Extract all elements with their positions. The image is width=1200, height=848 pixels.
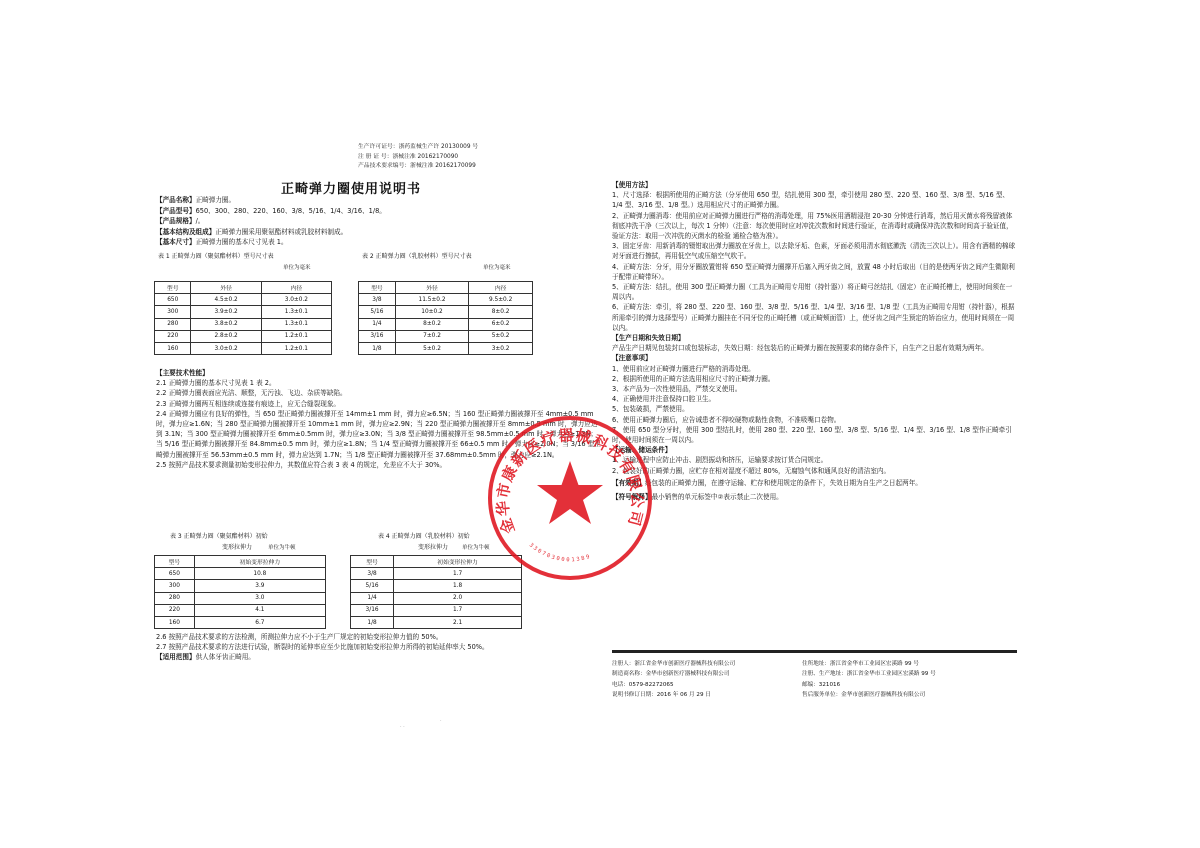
table-cell: 4.5±0.2 <box>191 294 261 306</box>
table4-caption: 表 4 正畸弹力圈（乳胶材料）初始 <box>378 531 470 540</box>
table-row: 65010.8 <box>155 568 326 580</box>
table-cell: 220 <box>155 330 191 342</box>
column-header: 型号 <box>351 556 394 568</box>
table-cell: 6.7 <box>194 616 325 628</box>
transport-heading: 【运输、储运条件】 <box>612 445 1017 455</box>
star-icon <box>537 461 603 524</box>
table-cell: 3.0±0.2 <box>261 294 331 306</box>
scope-row: 【适用范围】供人体牙齿正畸用。 <box>156 652 601 662</box>
table-cell: 220 <box>155 604 195 616</box>
meta-row: 【基本结构及组成】正畸弹力圈采用聚氨酯材料或乳胶材料制成。 <box>156 227 601 238</box>
table4-caption-2: 变形拉伸力 <box>418 542 448 551</box>
table-cell: 9.5±0.2 <box>469 294 533 306</box>
caution-item: 3、本产品为一次性使用品，严禁交叉使用。 <box>612 384 1017 394</box>
table-row: 5/1610±0.28±0.2 <box>359 306 533 318</box>
table-row: 3/811.5±0.29.5±0.2 <box>359 294 533 306</box>
usage-item: 4、正畸方法：分牙，用分牙圈放置钳将 650 型正畸弹力圈撑开后塞入两牙齿之间，… <box>612 262 1017 282</box>
table-row: 2202.8±0.21.2±0.1 <box>155 330 332 342</box>
table-cell: 10.8 <box>194 568 325 580</box>
transport-item: 2、包装好的正畸弹力圈，应贮存在相对湿度不超过 80%，无腐蚀气体和通风良好的清… <box>612 466 1017 476</box>
table-row: 1/85±0.23±0.2 <box>359 342 533 354</box>
caution-item: 4、正确使用并注意保持口腔卫生。 <box>612 394 1017 404</box>
table3-unit: 单位为牛顿 <box>268 543 296 551</box>
meta-row: 【产品名称】正畸弹力圈。 <box>156 195 601 206</box>
table2: 型号外径内径3/811.5±0.29.5±0.25/1610±0.28±0.21… <box>358 281 533 355</box>
column-header: 外径 <box>395 282 468 294</box>
table-row: 3003.9±0.21.3±0.1 <box>155 306 332 318</box>
table-header-row: 型号外径内径 <box>359 282 533 294</box>
column-header: 型号 <box>155 282 191 294</box>
table1-caption: 表 1 正畸弹力圈（聚氨酯材料）型号尺寸表 <box>158 251 274 260</box>
table3: 型号初始变形拉伸力65010.83003.92803.02204.11606.7 <box>154 555 326 629</box>
table-cell: 10±0.2 <box>395 306 468 318</box>
table-cell: 5/16 <box>351 580 394 592</box>
footer-rule <box>612 650 1017 653</box>
table-cell: 280 <box>155 592 195 604</box>
tech-more: 2.6 按照产品技术要求的方法检测，所测拉伸力应不小于生产厂规定的初始变形拉伸力… <box>156 632 601 663</box>
table-cell: 1/4 <box>359 318 396 330</box>
table-cell: 650 <box>155 568 195 580</box>
production-text: 产品生产日期见包装封口或包装标志，失效日期：经包装后的正畸弹力圈在按照要求的储存… <box>612 343 1017 353</box>
column-header: 初始变形拉伸力 <box>194 556 325 568</box>
column-header: 内径 <box>261 282 331 294</box>
usage-heading: 【使用方法】 <box>612 180 1017 190</box>
meta-row: 【基本尺寸】正畸弹力圈的基本尺寸见表 1。 <box>156 237 601 248</box>
table-cell: 2.1 <box>394 616 522 628</box>
table-cell: 1.2±0.1 <box>261 330 331 342</box>
table-cell: 3/8 <box>351 568 394 580</box>
usage-item: 1、尺寸选择：根据所使用的正畸方法（分牙使用 650 型，结扎使用 300 型，… <box>612 190 1017 210</box>
table-cell: 3/16 <box>351 604 394 616</box>
shelf-life: 【有效期】经包装的正畸弹力圈，在遵守运输、贮存和使用规定的条件下，失效日期为自生… <box>612 478 1017 488</box>
table-header-row: 型号外径内径 <box>155 282 332 294</box>
table-cell: 5±0.2 <box>469 330 533 342</box>
table-cell: 7±0.2 <box>395 330 468 342</box>
meta-row: 【产品规格】/。 <box>156 216 601 227</box>
permit-line: 注 册 证 号：浙械注准 20162170090 <box>358 153 478 163</box>
table-cell: 300 <box>155 306 191 318</box>
table-row: 1/42.0 <box>351 592 522 604</box>
table-row: 1/82.1 <box>351 616 522 628</box>
scan-artifact: · <box>440 718 442 724</box>
table-cell: 3.9±0.2 <box>191 306 261 318</box>
tech-item: 2.6 按照产品技术要求的方法检测，所测拉伸力应不小于生产厂规定的初始变形拉伸力… <box>156 632 601 642</box>
table-cell: 1.7 <box>394 604 522 616</box>
table-cell: 8±0.2 <box>395 318 468 330</box>
table-cell: 2.8±0.2 <box>191 330 261 342</box>
table-cell: 3/8 <box>359 294 396 306</box>
tech-item: 2.1 正畸弹力圈的基本尺寸见表 1 表 2。 <box>156 378 601 388</box>
table-cell: 6±0.2 <box>469 318 533 330</box>
table-cell: 1.2±0.1 <box>261 342 331 354</box>
table-cell: 3.8±0.2 <box>191 318 261 330</box>
table-row: 1/48±0.26±0.2 <box>359 318 533 330</box>
table-cell: 8±0.2 <box>469 306 533 318</box>
table-cell: 1.3±0.1 <box>261 318 331 330</box>
column-header: 型号 <box>359 282 396 294</box>
permit-block: 生产许可证号：浙药监械生产许 20130009 号 注 册 证 号：浙械注准 2… <box>358 143 478 172</box>
tech-item: 2.7 按照产品技术要求的方法进行试验，断裂时的延伸率应至少比施加初始变形拉伸力… <box>156 642 601 652</box>
meta-row: 【产品型号】650、300、280、220、160、3/8、5/16、1/4、3… <box>156 206 601 217</box>
table-row: 1603.0±0.21.2±0.1 <box>155 342 332 354</box>
usage-item: 3、固定牙齿：用新消毒的镊钳取出弹力圈放在牙齿上，以去除牙垢、色素，牙面必须用清… <box>612 241 1017 261</box>
table-cell: 300 <box>155 580 195 592</box>
usage-item: 5、正畸方法：结扎，使用 300 型正畸弹力圈（工具为正畸用专用钳（持针器））将… <box>612 282 1017 302</box>
table3-caption-2: 变形拉伸力 <box>222 542 252 551</box>
footer-left: 注册人：浙江省金华市创新医疗器械科技有限公司 制造商名称：金华市创新医疗器械科技… <box>612 659 802 701</box>
tech-heading: 【主要技术性能】 <box>156 368 601 378</box>
table1: 型号外径内径6504.5±0.23.0±0.23003.9±0.21.3±0.1… <box>154 281 332 355</box>
column-header: 外径 <box>191 282 261 294</box>
table-row: 3/161.7 <box>351 604 522 616</box>
svg-text:3307030001389: 3307030001389 <box>528 542 592 563</box>
tech-item: 2.3 正畸弹力圈两互相连续或连接有痕迹上，应无合缝裂现象。 <box>156 399 601 409</box>
usage-item: 2、正畸弹力圈消毒：使用前应对正畸弹力圈进行严格的消毒处理，用 75%医用酒精浸… <box>612 211 1017 242</box>
caution-item: 7、使用 650 型分牙时，使用 300 型结扎时，使用 280 型、220 型… <box>612 425 1017 445</box>
caution-item: 5、包装破损，严禁使用。 <box>612 404 1017 414</box>
table-cell: 3±0.2 <box>469 342 533 354</box>
column-header: 型号 <box>155 556 195 568</box>
table2-unit: 单位为毫米 <box>483 263 511 271</box>
table-cell: 1/4 <box>351 592 394 604</box>
table-cell: 3/16 <box>359 330 396 342</box>
footer-right: 住所地址：浙江省金华市工业园区宏溪路 99 号 注册、生产地址：浙江省金华市工业… <box>802 659 1017 701</box>
tech-item: 2.2 正畸弹力圈表面应光洁、顺整，无污浊、飞边、杂质等缺陷。 <box>156 388 601 398</box>
table-cell: 4.1 <box>194 604 325 616</box>
table3-caption: 表 3 正畸弹力圈（聚氨酯材料）初始 <box>170 531 268 540</box>
table-cell: 5±0.2 <box>395 342 468 354</box>
table-cell: 1.3±0.1 <box>261 306 331 318</box>
table-header-row: 型号初始变形拉伸力 <box>155 556 326 568</box>
production-heading: 【生产日期和失效日期】 <box>612 333 1017 343</box>
table-cell: 1/8 <box>351 616 394 628</box>
table-row: 2803.0 <box>155 592 326 604</box>
table-row: 3/167±0.25±0.2 <box>359 330 533 342</box>
caution-item: 1、使用前应对正畸弹力圈进行严格的消毒处理。 <box>612 364 1017 374</box>
table-cell: 160 <box>155 616 195 628</box>
transport-item: 1、运输过程中应防止冲击、剧烈振动和挤压，运输要求按订货合同规定。 <box>612 455 1017 465</box>
table-cell: 2.0 <box>394 592 522 604</box>
caution-heading: 【注意事项】 <box>612 353 1017 363</box>
table-cell: 650 <box>155 294 191 306</box>
company-seal-stamp: 金华市康新医疗器械科技有限公司 3307030001389 <box>485 413 655 583</box>
table-row: 6504.5±0.23.0±0.2 <box>155 294 332 306</box>
table-cell: 1/8 <box>359 342 396 354</box>
table-row: 2204.1 <box>155 604 326 616</box>
usage-item: 6、正畸方法：牵引，将 280 型、220 型、160 型、3/8 型、5/16… <box>612 302 1017 333</box>
table-row: 1606.7 <box>155 616 326 628</box>
table2-caption: 表 2 正畸弹力圈（乳胶材料）型号尺寸表 <box>362 251 472 260</box>
right-column: 【使用方法】 1、尺寸选择：根据所使用的正畸方法（分牙使用 650 型，结扎使用… <box>612 180 1017 502</box>
table-cell: 11.5±0.2 <box>395 294 468 306</box>
column-header: 内径 <box>469 282 533 294</box>
table1-unit: 单位为毫米 <box>283 263 311 271</box>
table-cell: 160 <box>155 342 191 354</box>
manufacturer-footer: 注册人：浙江省金华市创新医疗器械科技有限公司 制造商名称：金华市创新医疗器械科技… <box>612 650 1017 701</box>
product-meta: 【产品名称】正畸弹力圈。 【产品型号】650、300、280、220、160、3… <box>156 195 601 248</box>
permit-line: 产品技术要求编号：浙械注准 20162170099 <box>358 162 478 172</box>
scan-artifact: · · <box>400 724 405 730</box>
table-cell: 280 <box>155 318 191 330</box>
caution-item: 2、根据所使用的正畸方法选用相应尺寸的正畸弹力圈。 <box>612 374 1017 384</box>
table-cell: 3.9 <box>194 580 325 592</box>
table-cell: 3.0 <box>194 592 325 604</box>
symbol-explanation: 【符号解释】最小销售的单元标签中②表示禁止二次使用。 <box>612 492 1017 502</box>
table-cell: 5/16 <box>359 306 396 318</box>
table-row: 2803.8±0.21.3±0.1 <box>155 318 332 330</box>
permit-line: 生产许可证号：浙药监械生产许 20130009 号 <box>358 143 478 153</box>
table-cell: 3.0±0.2 <box>191 342 261 354</box>
caution-item: 6、使用正畸弹力圈后，应告诫患者不得咬硬物或黏性食物，不准吸嘴口卷物。 <box>612 415 1017 425</box>
table-row: 3003.9 <box>155 580 326 592</box>
document-page: 生产许可证号：浙药监械生产许 20130009 号 注 册 证 号：浙械注准 2… <box>0 0 1200 848</box>
